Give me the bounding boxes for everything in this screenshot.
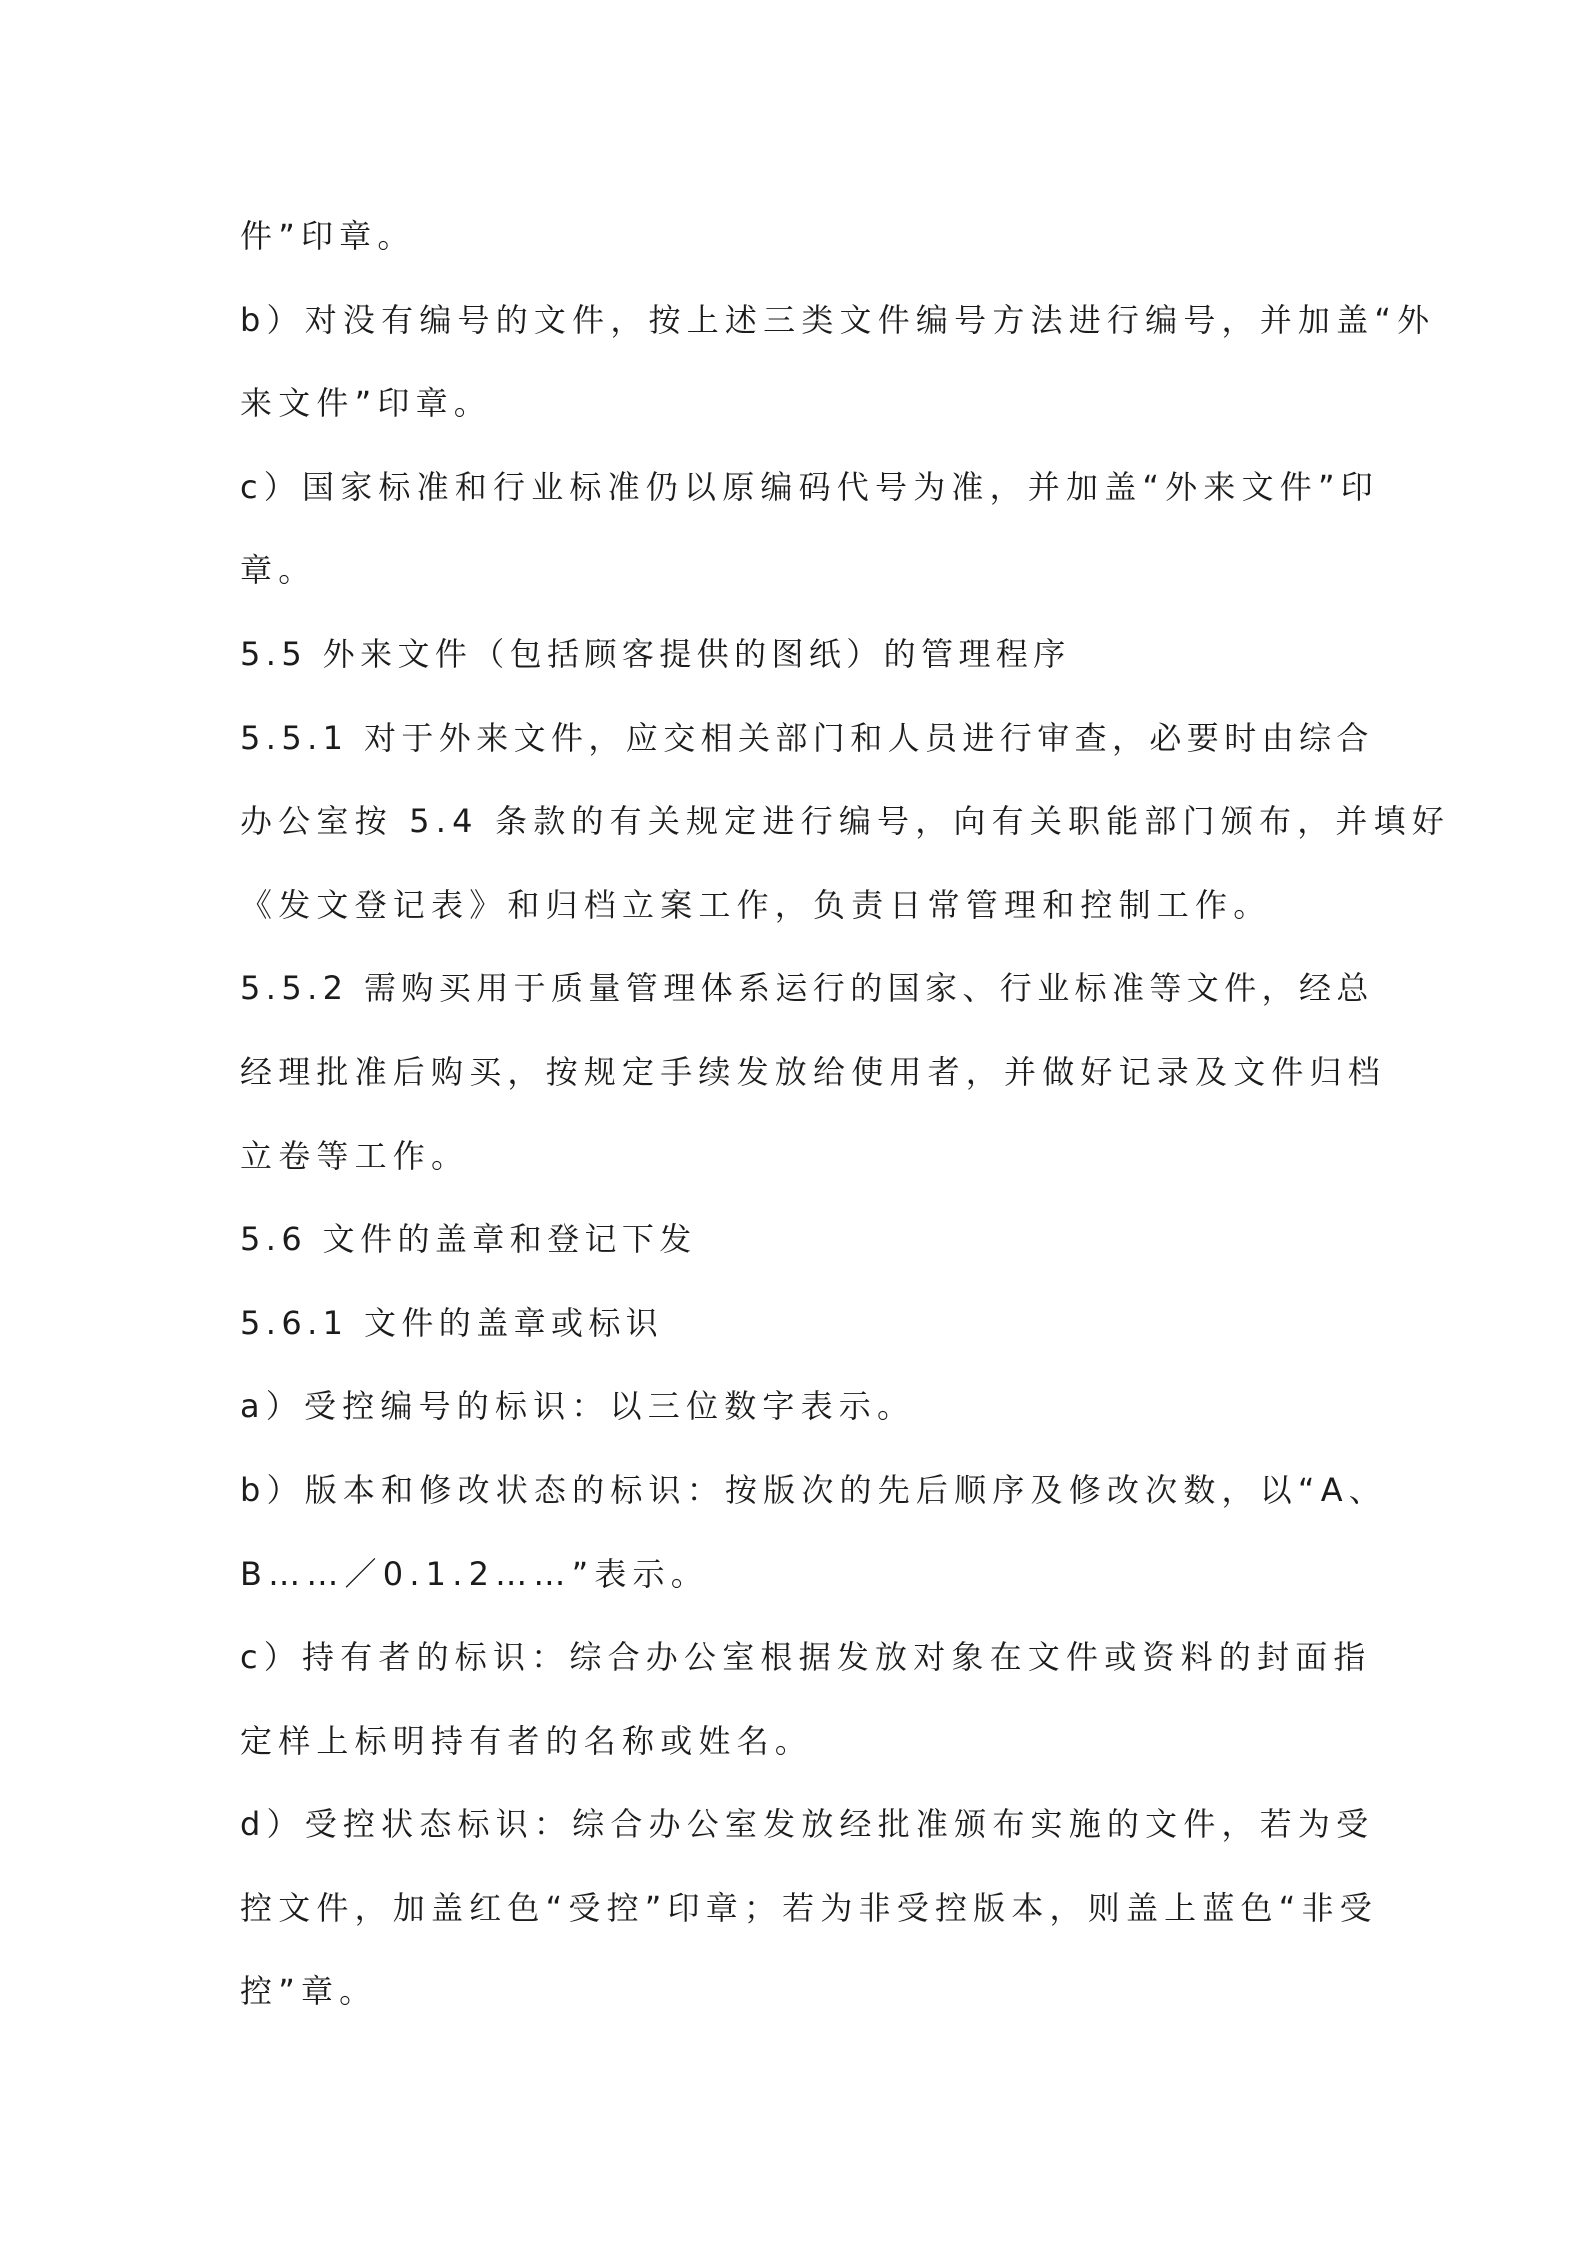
text-line-continuation: 控文件，加盖红色“受控”印章；若为非受控版本，则盖上蓝色“非受	[240, 1880, 1355, 1964]
section-heading-5-6: 5.6 文件的盖章和登记下发	[240, 1211, 1355, 1295]
list-item-b-version-status: b）版本和修改状态的标识：按版次的先后顺序及修改次数，以“A、	[240, 1462, 1355, 1546]
text-line-continuation: 经理批准后购买，按规定手续发放给使用者，并做好记录及文件归档	[240, 1044, 1355, 1128]
text-line-continuation: 办公室按 5.4 条款的有关规定进行编号，向有关职能部门颁布，并填好	[240, 793, 1355, 877]
text-line-continuation: 控”章。	[240, 1963, 1355, 2047]
text-line-continuation: 章。	[240, 542, 1355, 626]
text-line-continuation: 《发文登记表》和归档立案工作，负责日常管理和控制工作。	[240, 877, 1355, 961]
list-item-b-unnumbered-files: b）对没有编号的文件，按上述三类文件编号方法进行编号，并加盖“外	[240, 292, 1355, 376]
document-page: 件”印章。 b）对没有编号的文件，按上述三类文件编号方法进行编号，并加盖“外 来…	[0, 0, 1587, 2245]
text-line-continuation: 来文件”印章。	[240, 375, 1355, 459]
list-item-d-control-status: d）受控状态标识：综合办公室发放经批准颁布实施的文件，若为受	[240, 1796, 1355, 1880]
text-line-continuation: 件”印章。	[240, 208, 1355, 292]
section-heading-5-5: 5.5 外来文件（包括顾客提供的图纸）的管理程序	[240, 626, 1355, 710]
clause-5-6-1: 5.6.1 文件的盖章或标识	[240, 1295, 1355, 1379]
clause-5-5-2: 5.5.2 需购买用于质量管理体系运行的国家、行业标准等文件，经总	[240, 960, 1355, 1044]
document-body: 件”印章。 b）对没有编号的文件，按上述三类文件编号方法进行编号，并加盖“外 来…	[240, 208, 1355, 2047]
list-item-a-control-number: a）受控编号的标识：以三位数字表示。	[240, 1378, 1355, 1462]
text-line-continuation: 立卷等工作。	[240, 1128, 1355, 1212]
list-item-c-national-standards: c）国家标准和行业标准仍以原编码代号为准，并加盖“外来文件”印	[240, 459, 1355, 543]
text-line-continuation: 定样上标明持有者的名称或姓名。	[240, 1713, 1355, 1797]
list-item-c-holder-identification: c）持有者的标识：综合办公室根据发放对象在文件或资料的封面指	[240, 1629, 1355, 1713]
clause-5-5-1: 5.5.1 对于外来文件，应交相关部门和人员进行审查，必要时由综合	[240, 710, 1355, 794]
text-line-continuation: B……／0.1.2……”表示。	[240, 1546, 1355, 1630]
